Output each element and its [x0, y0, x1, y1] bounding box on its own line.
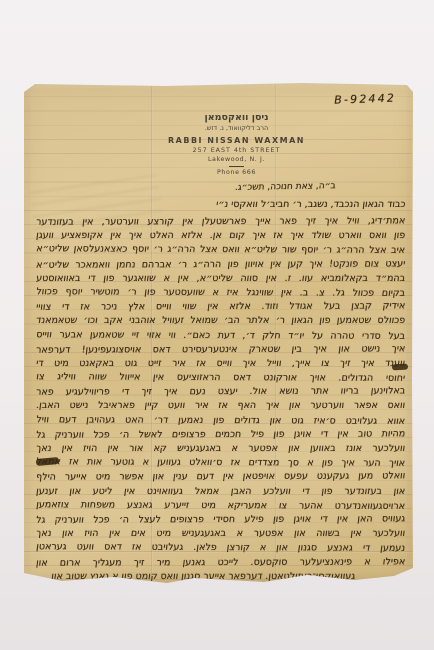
greeting-line: כבוד הגאון הנכבד, נשגב, ר׳ חביב׳ל וואקסי… [215, 199, 406, 210]
handwritten-line: אידיק קבצן בעל אגודל וזוד. אלזא אין שווי… [35, 299, 406, 314]
letterhead-hebrew-title: הרב דליקוואוד, נ. דזש. [60, 124, 413, 132]
handwritten-line: פכוולס שטאמען פון הגאון ר׳ אלתר הב׳ שמוא… [35, 314, 406, 328]
handwritten-line: וועלכער אין בשווה און אפטער א באגעגעניש … [35, 527, 406, 541]
handwritten-line: איב אצל הרה״ג ר׳ יוסף שור שליט״א וואס אצ… [35, 243, 406, 259]
handwritten-line: נעמען די גאנצע סגנון און א קורצן פלאן. ג… [35, 541, 406, 557]
handwritten-line: אמת׳דיג, וויל איך זיך פאר אייך פארשטעלן … [35, 214, 406, 229]
handwritten-line: ווענד איך זיך צו אייך, ווייל איך ווייס א… [35, 357, 406, 371]
letterhead-phone: Phone 666 [60, 169, 413, 176]
letterhead: ניסן וואקסמאן הרב דליקוואוד, נ. דזש. RAB… [60, 112, 413, 176]
handwritten-line: אווא געלויבט ס׳איז גוט און גדולים פון נא… [35, 413, 406, 429]
letterhead-name: RABBI NISSAN WAXMAN [60, 136, 413, 145]
handwritten-line: געוואוקסן־רעזולטאטן. דערפאר אייער סגנון … [35, 570, 406, 584]
handwritten-line: בקיום פכוול גל. צ. ב. אין שווינגל איז א … [35, 285, 406, 301]
handwritten-line: וועלכער אונז באווען און אפטער א באגעגעני… [35, 442, 406, 456]
letter-body: אמת׳דיג, וויל איך זיך פאר אייך פארשטעלן … [36, 215, 405, 584]
handwritten-line: געוויס האן אין די אויגן פון פילע חסידי פ… [35, 512, 406, 527]
handwritten-line: וואס אפאר ווערטער און איך האף אז איר ווע… [35, 399, 406, 413]
handwritten-line: מהיות טוב אין די אויגן פון פיל חכמים פרצ… [35, 427, 406, 442]
letterhead-divider [229, 166, 244, 167]
handwritten-line: בעל סדרי טהרה על יו״ד חלק ד׳, דעת כאם״. … [35, 328, 406, 344]
handwritten-line: בהמ״ד בקאלומביא עוו. ז. אין סווה שליט״א,… [35, 272, 406, 286]
handwritten-line: ארויסגעוואנדערט אהער צו אמעריקא מיט זייע… [35, 498, 406, 514]
handwritten-line: איך נישט און איך בין שטארק אינטערעסירט ד… [35, 342, 406, 357]
catalog-number: 92442-B [306, 91, 396, 107]
letterhead-street: 257 EAST 4th STREET [60, 147, 413, 154]
date-line: ב״ה, צאת חנוכה, תשכ״ג. [234, 181, 336, 193]
handwritten-line: וואלט מען געקענט עפעס אויפטאן אין דעם ענ… [35, 470, 406, 485]
handwritten-line: באלוינען בריוו אתר נושא אול. יעצט נעם אי… [35, 385, 406, 400]
letterhead-city: Lakewood, N. J. [60, 156, 413, 163]
handwritten-line: יעצט צום פונקט! איך קען אין אויוון פון ה… [35, 257, 406, 272]
handwritten-line: און בעזונדער פון די וועלכע האבן אמאל געו… [35, 485, 406, 499]
handwritten-line: פון וואס ווארט שולד איך אז איך קום אן. א… [35, 229, 406, 243]
ink-scribble [392, 364, 408, 371]
letterhead-hebrew-name: ניסן וואקסמאן [60, 112, 413, 123]
letter-paper: 92442-B ניסן וואקסמאן הרב דליקוואוד, נ. … [24, 83, 413, 583]
photo-background: 92442-B ניסן וואקסמאן הרב דליקוואוד, נ. … [0, 0, 434, 650]
handwritten-line: אפילו א פינאנציעלער סוקסעס. לייכט גאנען … [35, 555, 406, 570]
